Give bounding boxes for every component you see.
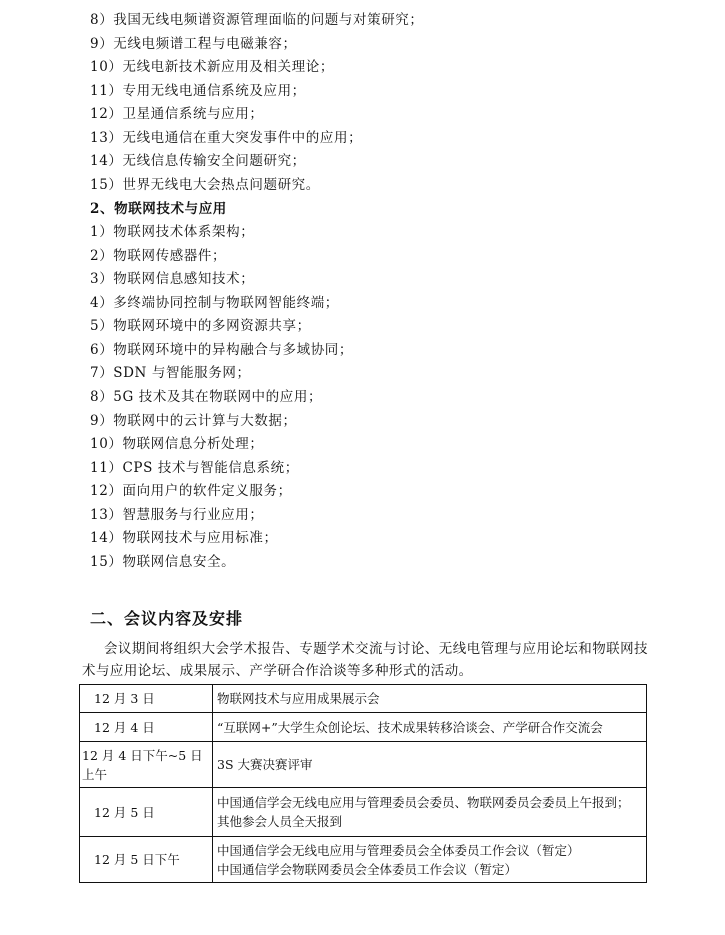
paragraph-line: 术与应用论坛、成果展示、产学研合作洽谈等多种形式的活动。: [82, 660, 700, 682]
date-cell: 12 月 4 日: [80, 713, 213, 742]
list-item: 10）无线电新技术新应用及相关理论；: [90, 58, 334, 76]
list-item: 8）我国无线电频谱资源管理面临的问题与对策研究；: [90, 11, 424, 29]
list-item: 8）5G 技术及其在物联网中的应用；: [90, 388, 322, 406]
date-cell: 12 月 5 日下午: [80, 837, 213, 883]
list-item: 4）多终端协同控制与物联网智能终端；: [90, 294, 339, 312]
desc-cell: 中国通信学会无线电应用与管理委员会全体委员工作会议（暂定） 中国通信学会物联网委…: [213, 837, 647, 883]
desc-cell: 中国通信学会无线电应用与管理委员会委员、物联网委员会委员上午报到； 其他参会人员…: [213, 788, 647, 837]
list-item: 9）无线电频谱工程与电磁兼容；: [90, 35, 297, 53]
list-item: 13）智慧服务与行业应用；: [90, 506, 263, 524]
date-cell: 12 月 3 日: [80, 685, 213, 713]
list-item: 15）物联网信息安全。: [90, 553, 235, 571]
list-item: 3）物联网信息感知技术；: [90, 270, 254, 288]
desc-text: 3S 大赛决赛评审: [217, 757, 313, 772]
desc-text: 中国通信学会无线电应用与管理委员会全体委员工作会议（暂定）: [217, 841, 640, 860]
date-cell: 12 月 5 日: [80, 788, 213, 837]
schedule-table: 12 月 3 日 物联网技术与应用成果展示会 12 月 4 日 “互联网+”大学…: [79, 684, 647, 883]
list-item: 11）专用无线电通信系统及应用；: [90, 82, 306, 100]
table-row: 12 月 3 日 物联网技术与应用成果展示会: [80, 685, 647, 713]
list-item: 5）物联网环境中的多网资源共享；: [90, 317, 311, 335]
date-cell: 12 月 4 日下午~5 日上午: [80, 742, 213, 788]
table-row: 12 月 4 日 “互联网+”大学生众创论坛、技术成果转移洽谈会、产学研合作交流…: [80, 713, 647, 742]
desc-cell: “互联网+”大学生众创论坛、技术成果转移洽谈会、产学研合作交流会: [213, 713, 647, 742]
table-row: 12 月 5 日 中国通信学会无线电应用与管理委员会委员、物联网委员会委员上午报…: [80, 788, 647, 837]
section-heading: 2、物联网技术与应用: [90, 200, 227, 218]
list-item: 14）无线信息传输安全问题研究；: [90, 152, 306, 170]
list-item: 12）面向用户的软件定义服务；: [90, 482, 292, 500]
list-item: 1）物联网技术体系架构；: [90, 223, 254, 241]
table-row: 12 月 5 日下午 中国通信学会无线电应用与管理委员会全体委员工作会议（暂定）…: [80, 837, 647, 883]
list-item: 13）无线电通信在重大突发事件中的应用；: [90, 129, 362, 147]
list-item: 9）物联网中的云计算与大数据；: [90, 412, 297, 430]
desc-text: 中国通信学会无线电应用与管理委员会委员、物联网委员会委员上午报到；: [217, 793, 640, 812]
list-item: 12）卫星通信系统与应用；: [90, 105, 263, 123]
desc-cell: 物联网技术与应用成果展示会: [213, 685, 647, 713]
desc-text: “互联网+”大学生众创论坛、技术成果转移洽谈会、产学研合作交流会: [217, 720, 603, 735]
desc-cell: 3S 大赛决赛评审: [213, 742, 647, 788]
intro-paragraph: 会议期间将组织大会学术报告、专题学术交流与讨论、无线电管理与应用论坛和物联网技 …: [90, 638, 700, 682]
desc-text: 其他参会人员全天报到: [217, 812, 640, 831]
desc-text: 中国通信学会物联网委员会全体委员工作会议（暂定）: [217, 860, 640, 879]
list-item: 2）物联网传感器件；: [90, 247, 226, 265]
paragraph-line: 会议期间将组织大会学术报告、专题学术交流与讨论、无线电管理与应用论坛和物联网技: [90, 638, 700, 660]
list-item: 6）物联网环境中的异构融合与多域协同；: [90, 341, 353, 359]
table-row: 12 月 4 日下午~5 日上午 3S 大赛决赛评审: [80, 742, 647, 788]
list-item: 15）世界无线电大会热点问题研究。: [90, 176, 320, 194]
list-item: 7）SDN 与智能服务网；: [90, 364, 251, 382]
list-item: 10）物联网信息分析处理；: [90, 435, 263, 453]
chapter-heading: 二、会议内容及安排: [90, 606, 243, 629]
desc-text: 物联网技术与应用成果展示会: [217, 691, 380, 706]
list-item: 14）物联网技术与应用标准；: [90, 529, 278, 547]
list-item: 11）CPS 技术与智能信息系统；: [90, 459, 299, 477]
